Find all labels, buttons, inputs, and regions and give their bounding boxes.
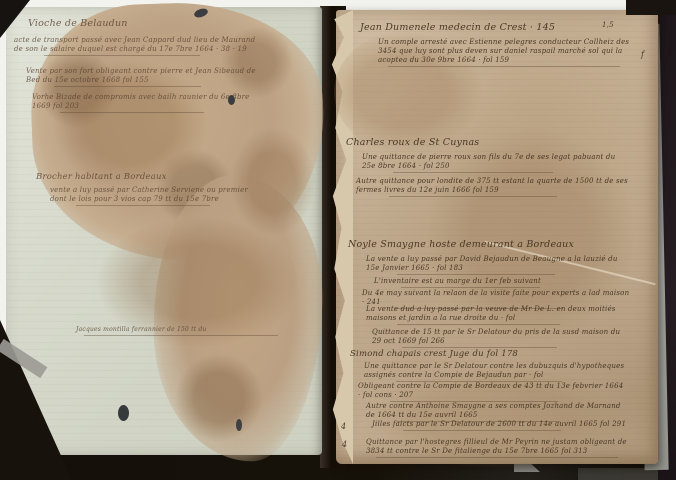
register-entry: Quittance par l'hostegres fillieul de Mr… — [366, 438, 628, 458]
register-entry: Quittance de 15 tt par le Sr Delatour du… — [372, 328, 622, 348]
manuscript-scan: Vioche de Belaudun acte de transport pas… — [0, 0, 676, 480]
register-entry: Une quittance par le Sr Delatour contre … — [364, 362, 632, 382]
register-entry: La vente a luy passé par David Bejaudun … — [366, 255, 622, 275]
register-entry: Autre contre Anthoine Smaygne a ses comp… — [366, 402, 628, 422]
left-page: Vioche de Belaudun acte de transport pas… — [6, 7, 322, 455]
register-entry: Une quittance de pierre roux son fils du… — [362, 153, 620, 173]
corner-annotation: 1,5 — [602, 21, 614, 30]
margin-mark: 4 — [342, 440, 347, 449]
margin-mark: 4 — [341, 422, 346, 431]
register-entry: L'inventaire est au marge du 1er feb sui… — [374, 277, 598, 288]
register-entry: Obligeant contre la Compie de Bordeaux d… — [358, 382, 628, 402]
stain-blob — [230, 127, 316, 237]
register-entry: Jilles faicts par le Sr Delatour de 2600… — [372, 420, 628, 431]
margin-mark: f — [641, 50, 644, 59]
section-heading: Brocher habitant a Bordeaux — [36, 173, 167, 182]
section-heading: Charles roux de St Cuynas — [346, 138, 479, 147]
register-entry: Un comple arresté avec Estienne pelegres… — [378, 38, 630, 67]
section-heading: Jean Dumenele medecin de Crest · 145 — [360, 23, 555, 32]
right-page: Jean Dumenele medecin de Crest · 145 1,5… — [336, 10, 658, 464]
register-entry: La vente dud a luy passé par la veuve de… — [366, 305, 628, 325]
register-entry: Vente par son fort obligeant contre pier… — [26, 67, 262, 87]
register-entry: vente a luy passé par Catherine Serviene… — [50, 186, 266, 206]
register-entry: Vorhe Bizade de compromis avec bailh rau… — [32, 93, 264, 113]
section-heading: Noyle Smaygne hoste demeurant a Bordeaux — [348, 240, 574, 249]
ink-blot — [118, 405, 129, 421]
register-entry: acte de transport passé avec Jean Cappar… — [14, 36, 266, 56]
ink-blot — [236, 419, 242, 431]
section-heading: Simond chapais crest Juge du fol 178 — [350, 350, 518, 359]
mat-corner-dark — [626, 0, 676, 15]
loose-note-line: Jacques montilla ferrannier de 150 tt du — [76, 325, 286, 336]
register-entry: Autre quittance pour londite de 375 tt e… — [356, 177, 628, 197]
section-heading: Vioche de Belaudun — [28, 19, 128, 28]
